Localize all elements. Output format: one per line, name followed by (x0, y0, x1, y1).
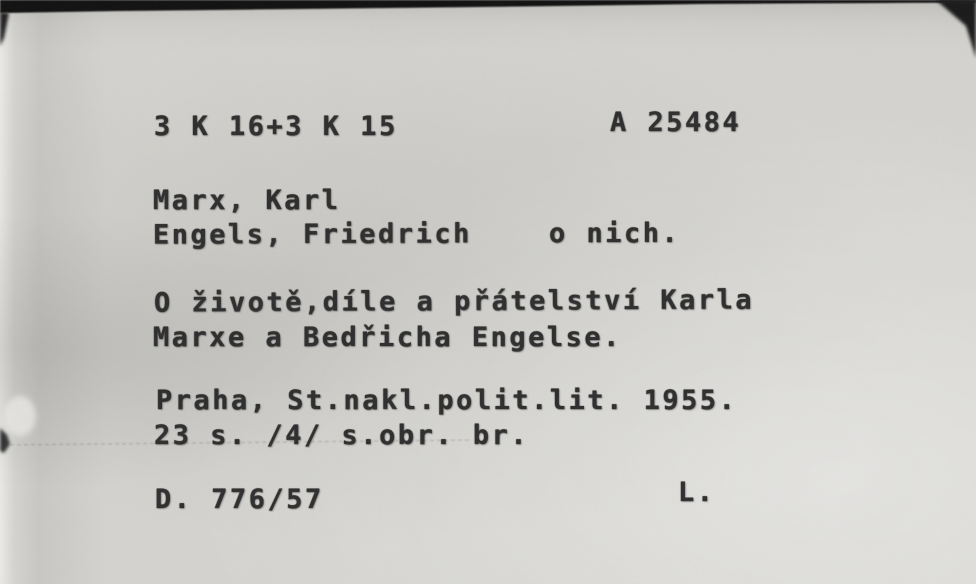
accession-number: A 25484 (610, 108, 741, 138)
record-number: D. 776/57 (155, 485, 324, 515)
card-text-layer: 3 K 16+3 K 15 A 25484 Marx, Karl Engels,… (0, 0, 976, 584)
collation-line: 23 s. /4/ s.obr. br. (154, 421, 529, 451)
title-line-2: Marxe a Bedřicha Engelse. (153, 323, 622, 353)
title-line-1: O životě,díle a přátelství Karla (154, 285, 754, 318)
call-number: 3 K 16+3 K 15 (154, 112, 398, 142)
imprint-line: Praha, St.nakl.polit.lit. 1955. (156, 386, 737, 416)
catalog-card-scan: 3 K 16+3 K 15 A 25484 Marx, Karl Engels,… (0, 0, 976, 584)
relation-note: o nich. (549, 219, 680, 249)
author-name-engels: Engels, Friedrich (153, 219, 472, 250)
author-name-marx: Marx, Karl (153, 186, 341, 216)
cataloguer-mark: L. (678, 478, 716, 508)
